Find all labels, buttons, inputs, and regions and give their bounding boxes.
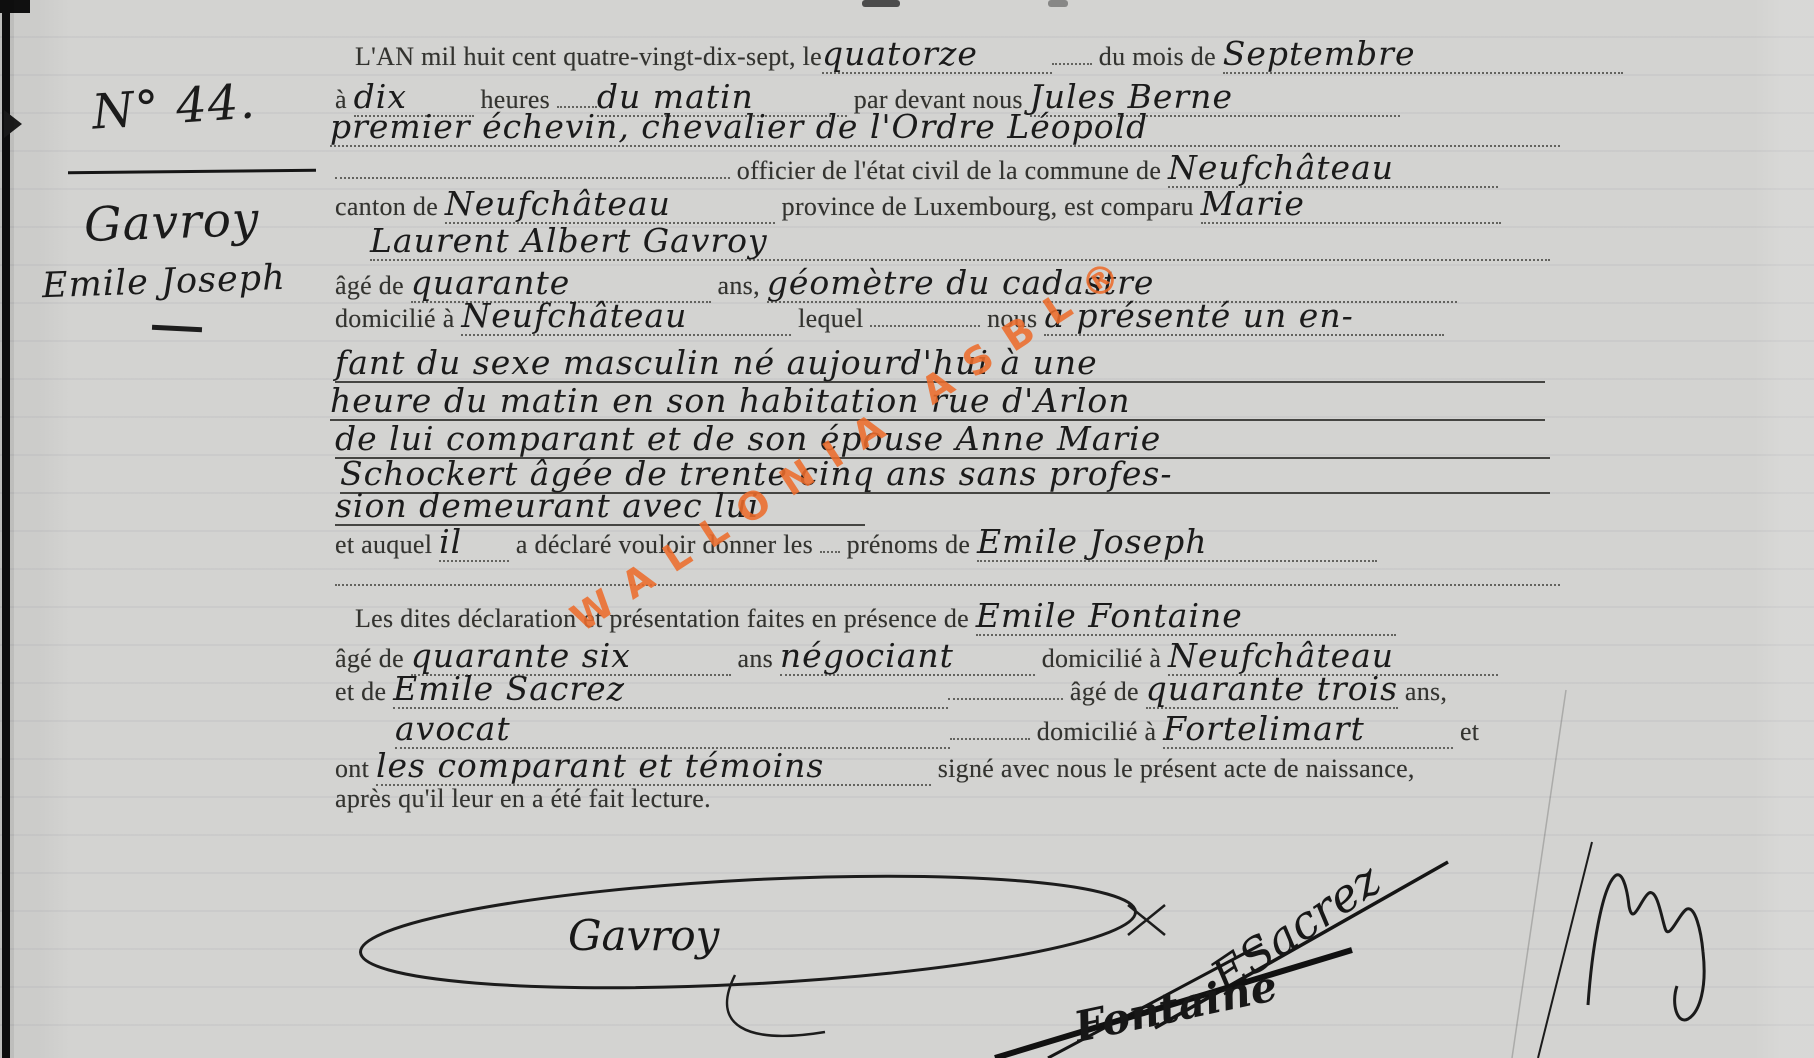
handwritten-entry: a présenté un en- <box>1044 298 1444 336</box>
form-line-8: domicilié à Neufchâteau lequel nous a pr… <box>335 298 1444 336</box>
printed-text: L'AN mil huit cent quatre-vingt-dix-sept… <box>355 42 822 71</box>
form-line-18: et de Emile Sacrez âgé de quarante trois… <box>335 671 1447 709</box>
form-line-9: fant du sexe masculin né aujourd'hui à u… <box>335 345 1545 383</box>
blank-line <box>950 712 1030 740</box>
form-line-19: avocat domicilié à Fortelimart et <box>395 711 1479 749</box>
printed-text: ans, <box>1398 677 1447 706</box>
blank-line <box>335 558 1560 586</box>
printed-text: ont <box>335 754 376 783</box>
handwritten-entry: négociant <box>780 638 1035 676</box>
handwritten-entry: Septembre <box>1223 36 1623 74</box>
printed-text: prénoms de <box>840 530 977 559</box>
handwritten-entry: Emile Fontaine <box>976 598 1396 636</box>
printed-text: du mois de <box>1092 42 1223 71</box>
form-line-1: L'AN mil huit cent quatre-vingt-dix-sept… <box>355 36 1623 74</box>
form-line-20: ont les comparant et témoins signé avec … <box>335 748 1415 786</box>
form-line-11: de lui comparant et de son épouse Anne M… <box>335 421 1550 459</box>
printed-text: ans <box>731 644 780 673</box>
handwritten-entry: Neufchâteau <box>1168 150 1498 188</box>
handwritten-entry: Emile Sacrez <box>393 671 948 709</box>
printed-text: domicilié à <box>335 304 461 333</box>
printed-text: signé avec nous le présent acte de naiss… <box>931 754 1415 783</box>
printed-text: a déclaré vouloir donner les <box>509 530 820 559</box>
form-line-14: et auquel il a déclaré vouloir donner le… <box>335 524 1377 562</box>
form-line-16: Les dites déclaration et présentation fa… <box>355 598 1396 636</box>
printed-text: âgé de <box>335 271 411 300</box>
blank-line <box>820 525 840 553</box>
blank-line <box>557 80 597 108</box>
printed-text: nous <box>980 304 1044 333</box>
form-line-21: après qu'il leur en a été fait lecture. <box>335 786 711 812</box>
form-line-3: premier échevin, chevalier de l'Ordre Lé… <box>330 109 1560 147</box>
handwritten-entry: Emile Joseph <box>977 524 1377 562</box>
handwritten-entry: quarante trois <box>1146 671 1398 709</box>
printed-text: et auquel <box>335 530 439 559</box>
form-line-13: sion demeurant avec lui <box>335 488 865 526</box>
form-line-10: heure du matin en son habitation rue d'A… <box>330 383 1545 421</box>
printed-text: et de <box>335 677 393 706</box>
handwritten-entry: quatorze <box>822 36 1052 74</box>
handwritten-entry: il <box>439 524 509 562</box>
handwritten-entry: avocat <box>395 711 950 749</box>
printed-text: province de Luxembourg, est comparu <box>775 192 1201 221</box>
printed-text: âgé de <box>1063 677 1146 706</box>
handwritten-entry: heure du matin en son habitation rue d'A… <box>330 383 1545 421</box>
printed-text: après qu'il leur en a été fait lecture. <box>335 784 711 813</box>
handwritten-entry: Marie <box>1201 186 1501 224</box>
handwritten-entry: de lui comparant et de son épouse Anne M… <box>335 421 1550 459</box>
printed-text: officier de l'état civil de la commune d… <box>730 156 1168 185</box>
printed-text: canton de <box>335 192 445 221</box>
form-body: L'AN mil huit cent quatre-vingt-dix-sept… <box>0 0 1814 1058</box>
printed-text: Les dites déclaration et présentation fa… <box>355 604 976 633</box>
blank-line <box>335 151 730 179</box>
handwritten-entry: premier échevin, chevalier de l'Ordre Lé… <box>330 109 1560 147</box>
blank-line <box>870 299 980 327</box>
printed-text: et <box>1453 717 1479 746</box>
form-line-6: Laurent Albert Gavroy <box>370 223 1550 261</box>
form-line-15 <box>335 558 1560 590</box>
handwritten-entry: Fortelimart <box>1163 711 1453 749</box>
handwritten-entry: Neufchâteau <box>445 186 775 224</box>
form-line-5: canton de Neufchâteau province de Luxemb… <box>335 186 1501 224</box>
handwritten-entry: Neufchâteau <box>461 298 791 336</box>
printed-text: domicilié à <box>1030 717 1163 746</box>
blank-line <box>948 672 1063 700</box>
handwritten-entry: les comparant et témoins <box>376 748 931 786</box>
printed-text: ans, <box>711 271 767 300</box>
form-line-4: officier de l'état civil de la commune d… <box>335 150 1498 188</box>
handwritten-entry: fant du sexe masculin né aujourd'hui à u… <box>335 345 1545 383</box>
handwritten-entry: Laurent Albert Gavroy <box>370 223 1550 261</box>
blank-line <box>1052 37 1092 65</box>
handwritten-entry: sion demeurant avec lui <box>335 488 865 526</box>
printed-text: lequel <box>791 304 870 333</box>
scanned-birth-record-page: N° 44. Gavroy Emile Joseph L'AN mil huit… <box>0 0 1814 1058</box>
